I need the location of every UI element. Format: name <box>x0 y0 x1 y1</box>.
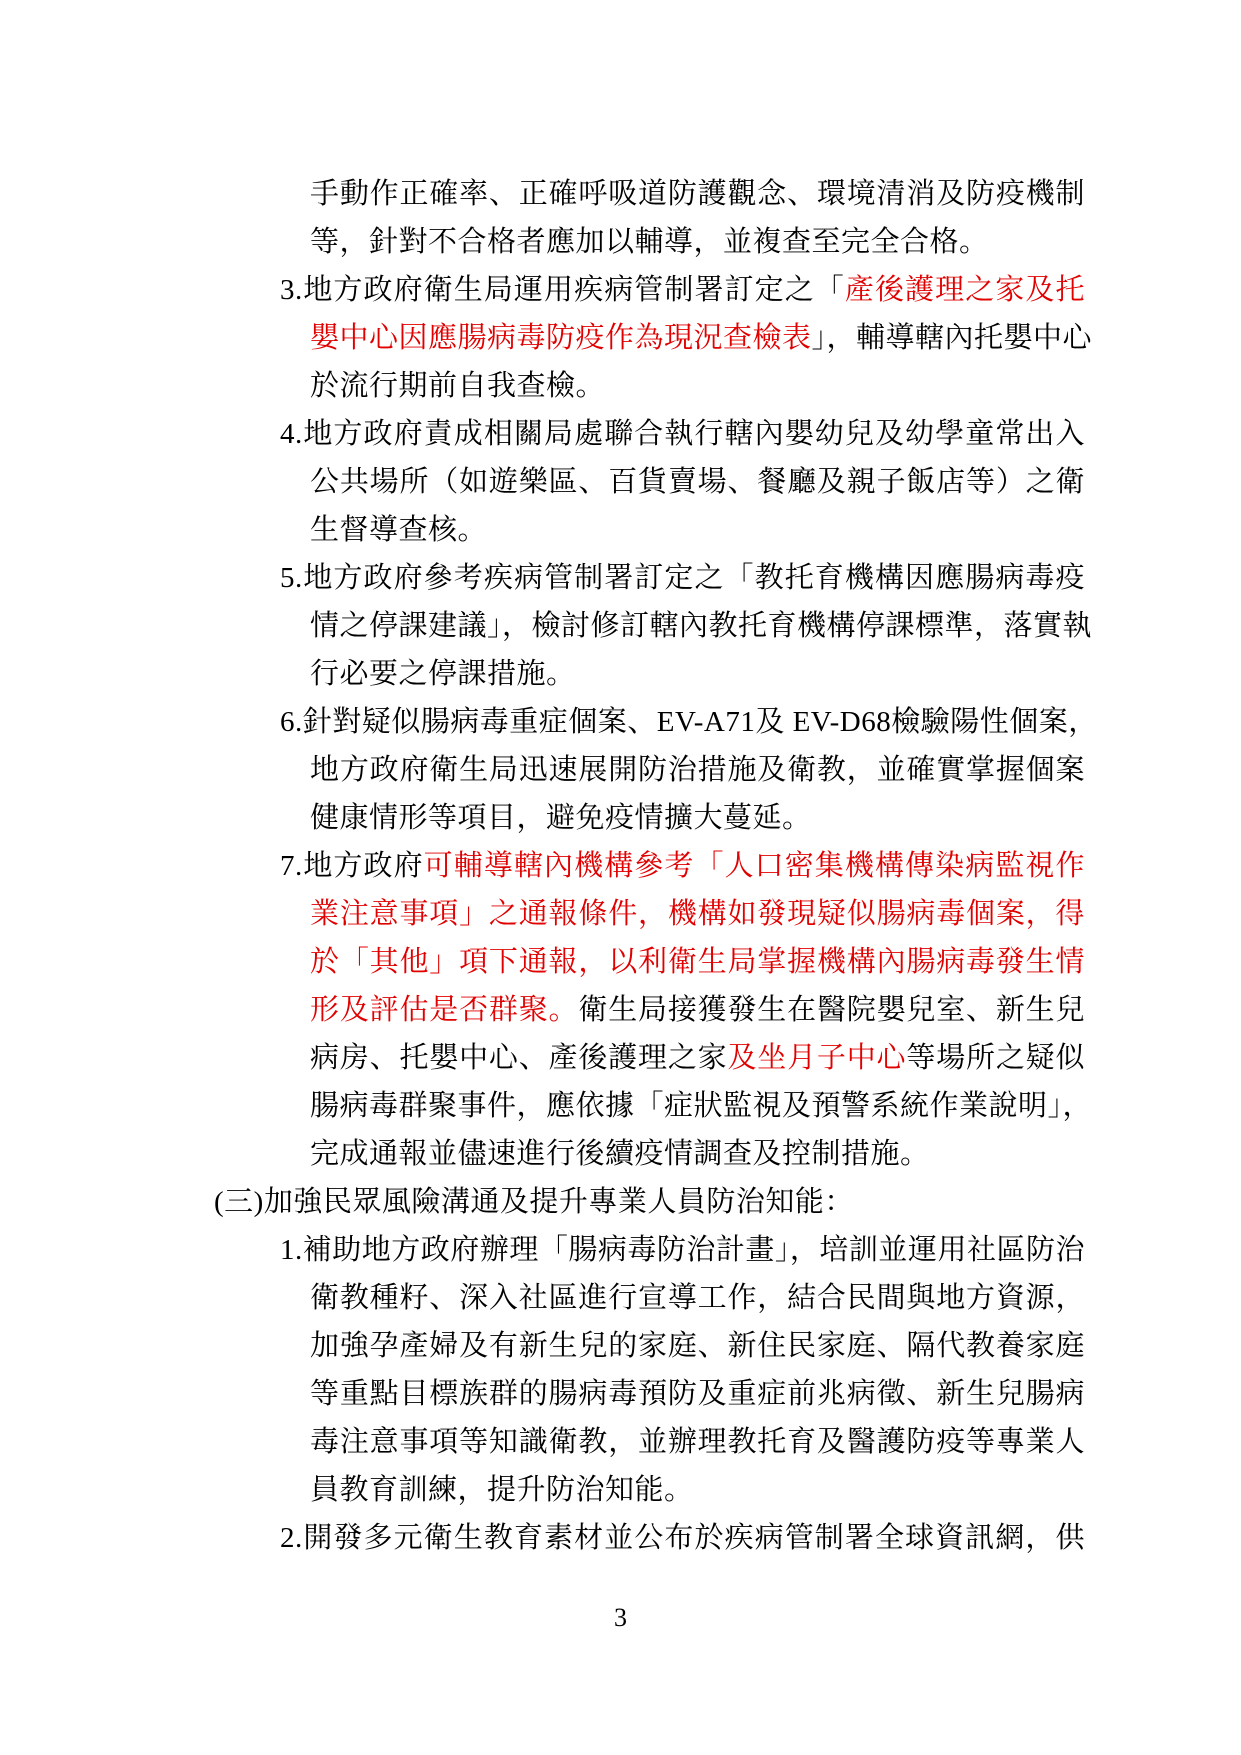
text-line: 6.針對疑似腸病毒重症個案、EV-A71及 EV-D68檢驗陽性個案， <box>280 698 1085 746</box>
text-line: 於「其他」項下通報，以利衛生局掌握機構內腸病毒發生情 <box>310 938 1085 986</box>
body-text: 等場所之疑似 <box>906 1042 1085 1074</box>
text-line: 加強孕產婦及有新生兒的家庭、新住民家庭、隔代教養家庭 <box>310 1322 1085 1370</box>
text-line: 1.補助地方政府辦理「腸病毒防治計畫」，培訓並運用社區防治 <box>280 1226 1085 1274</box>
body-text: 4.地方政府責成相關局處聯合執行轄內嬰幼兒及幼學童常出入 <box>280 418 1085 450</box>
text-line: 情之停課建議」，檢討修訂轄內教托育機構停課標準，落實執 <box>310 602 1085 650</box>
body-text: 地方政府衛生局迅速展開防治措施及衛教，並確實掌握個案 <box>310 754 1085 786</box>
body-text: 等，針對不合格者應加以輔導，並複查至完全合格。 <box>310 226 989 258</box>
text-line: 業注意事項」之通報條件，機構如發現疑似腸病毒個案，得 <box>310 890 1085 938</box>
body-text: 6.針對疑似腸病毒重症個案、EV-A71及 EV-D68檢驗陽性個案， <box>280 706 1098 738</box>
body-text: 手動作正確率、正確呼吸道防護觀念、環境清消及防疫機制 <box>310 178 1085 210</box>
document-text-block: 手動作正確率、正確呼吸道防護觀念、環境清消及防疫機制等，針對不合格者應加以輔導，… <box>0 0 1241 1562</box>
body-text: 毒注意事項等知識衛教，並辦理教托育及醫護防疫等專業人 <box>310 1426 1085 1458</box>
body-text: 員教育訓練，提升防治知能。 <box>310 1474 694 1506</box>
text-line: 腸病毒群聚事件，應依據「症狀監視及預警系統作業說明」， <box>310 1082 1085 1130</box>
highlighted-text: 可輔導轄內機構參考「人口密集機構傳染病監視作 <box>424 850 1085 882</box>
body-text: 等重點目標族群的腸病毒預防及重症前兆病徵、新生兒腸病 <box>310 1378 1085 1410</box>
text-line: 行必要之停課措施。 <box>310 650 1085 698</box>
body-text: 病房、托嬰中心、產後護理之家 <box>310 1042 727 1074</box>
body-text: 完成通報並儘速進行後續疫情調查及控制措施。 <box>310 1138 930 1170</box>
body-text: 公共場所（如遊樂區、百貨賣場、餐廳及親子飯店等）之衛 <box>310 466 1085 498</box>
text-line: 2.開發多元衛生教育素材並公布於疾病管制署全球資訊網，供 <box>280 1514 1085 1562</box>
document-page: 手動作正確率、正確呼吸道防護觀念、環境清消及防疫機制等，針對不合格者應加以輔導，… <box>0 0 1241 1755</box>
text-line: 衛教種籽、深入社區進行宣導工作，結合民間與地方資源， <box>310 1274 1085 1322</box>
body-text: 健康情形等項目，避免疫情擴大蔓延。 <box>310 802 812 834</box>
body-text: 3.地方政府衛生局運用疾病管制署訂定之「 <box>280 274 845 306</box>
body-text: 7.地方政府 <box>280 850 424 882</box>
body-text: 於流行期前自我查檢。 <box>310 370 605 402</box>
text-line: 等重點目標族群的腸病毒預防及重症前兆病徵、新生兒腸病 <box>310 1370 1085 1418</box>
text-line: 毒注意事項等知識衛教，並辦理教托育及醫護防疫等專業人 <box>310 1418 1085 1466</box>
text-line: 等，針對不合格者應加以輔導，並複查至完全合格。 <box>310 218 1085 266</box>
text-line: (三)加強民眾風險溝通及提升專業人員防治知能： <box>214 1178 1085 1226</box>
body-text: 衛教種籽、深入社區進行宣導工作，結合民間與地方資源， <box>310 1282 1085 1314</box>
highlighted-text: 形及評估是否群聚。 <box>310 994 578 1026</box>
highlighted-text: 業注意事項」之通報條件，機構如發現疑似腸病毒個案，得 <box>310 898 1085 930</box>
text-line: 3.地方政府衛生局運用疾病管制署訂定之「產後護理之家及托 <box>280 266 1085 314</box>
body-text: 行必要之停課措施。 <box>310 658 576 690</box>
body-text: 生督導查核。 <box>310 514 487 546</box>
text-line: 公共場所（如遊樂區、百貨賣場、餐廳及親子飯店等）之衛 <box>310 458 1085 506</box>
body-text: 」，輔導轄內托嬰中心 <box>812 322 1093 354</box>
highlighted-text: 及坐月子中心 <box>727 1042 906 1074</box>
body-text: 1.補助地方政府辦理「腸病毒防治計畫」，培訓並運用社區防治 <box>280 1234 1085 1266</box>
body-text: 腸病毒群聚事件，應依據「症狀監視及預警系統作業說明」， <box>310 1090 1092 1122</box>
body-text: 5.地方政府參考疾病管制署訂定之「教托育機構因應腸病毒疫 <box>280 562 1085 594</box>
text-line: 形及評估是否群聚。衛生局接獲發生在醫院嬰兒室、新生兒 <box>310 986 1085 1034</box>
text-line: 手動作正確率、正確呼吸道防護觀念、環境清消及防疫機制 <box>310 170 1085 218</box>
highlighted-text: 產後護理之家及托 <box>845 274 1085 306</box>
text-line: 嬰中心因應腸病毒防疫作為現況查檢表」，輔導轄內托嬰中心 <box>310 314 1085 362</box>
body-text: 情之停課建議」，檢討修訂轄內教托育機構停課標準，落實執 <box>310 610 1092 642</box>
text-line: 4.地方政府責成相關局處聯合執行轄內嬰幼兒及幼學童常出入 <box>280 410 1085 458</box>
text-line: 完成通報並儘速進行後續疫情調查及控制措施。 <box>310 1130 1085 1178</box>
body-text: 衛生局接獲發生在醫院嬰兒室、新生兒 <box>578 994 1085 1026</box>
page-number: 3 <box>0 1598 1241 1638</box>
text-line: 病房、托嬰中心、產後護理之家及坐月子中心等場所之疑似 <box>310 1034 1085 1082</box>
body-text: 加強孕產婦及有新生兒的家庭、新住民家庭、隔代教養家庭 <box>310 1330 1085 1362</box>
highlighted-text: 嬰中心因應腸病毒防疫作為現況查檢表 <box>310 322 812 354</box>
highlighted-text: 於「其他」項下通報，以利衛生局掌握機構內腸病毒發生情 <box>310 946 1085 978</box>
text-line: 於流行期前自我查檢。 <box>310 362 1085 410</box>
text-line: 7.地方政府可輔導轄內機構參考「人口密集機構傳染病監視作 <box>280 842 1085 890</box>
body-text: 2.開發多元衛生教育素材並公布於疾病管制署全球資訊網，供 <box>280 1522 1085 1554</box>
text-line: 地方政府衛生局迅速展開防治措施及衛教，並確實掌握個案 <box>310 746 1085 794</box>
text-line: 健康情形等項目，避免疫情擴大蔓延。 <box>310 794 1085 842</box>
body-text: (三)加強民眾風險溝通及提升專業人員防治知能： <box>214 1186 854 1218</box>
text-line: 生督導查核。 <box>310 506 1085 554</box>
text-line: 員教育訓練，提升防治知能。 <box>310 1466 1085 1514</box>
text-line: 5.地方政府參考疾病管制署訂定之「教托育機構因應腸病毒疫 <box>280 554 1085 602</box>
